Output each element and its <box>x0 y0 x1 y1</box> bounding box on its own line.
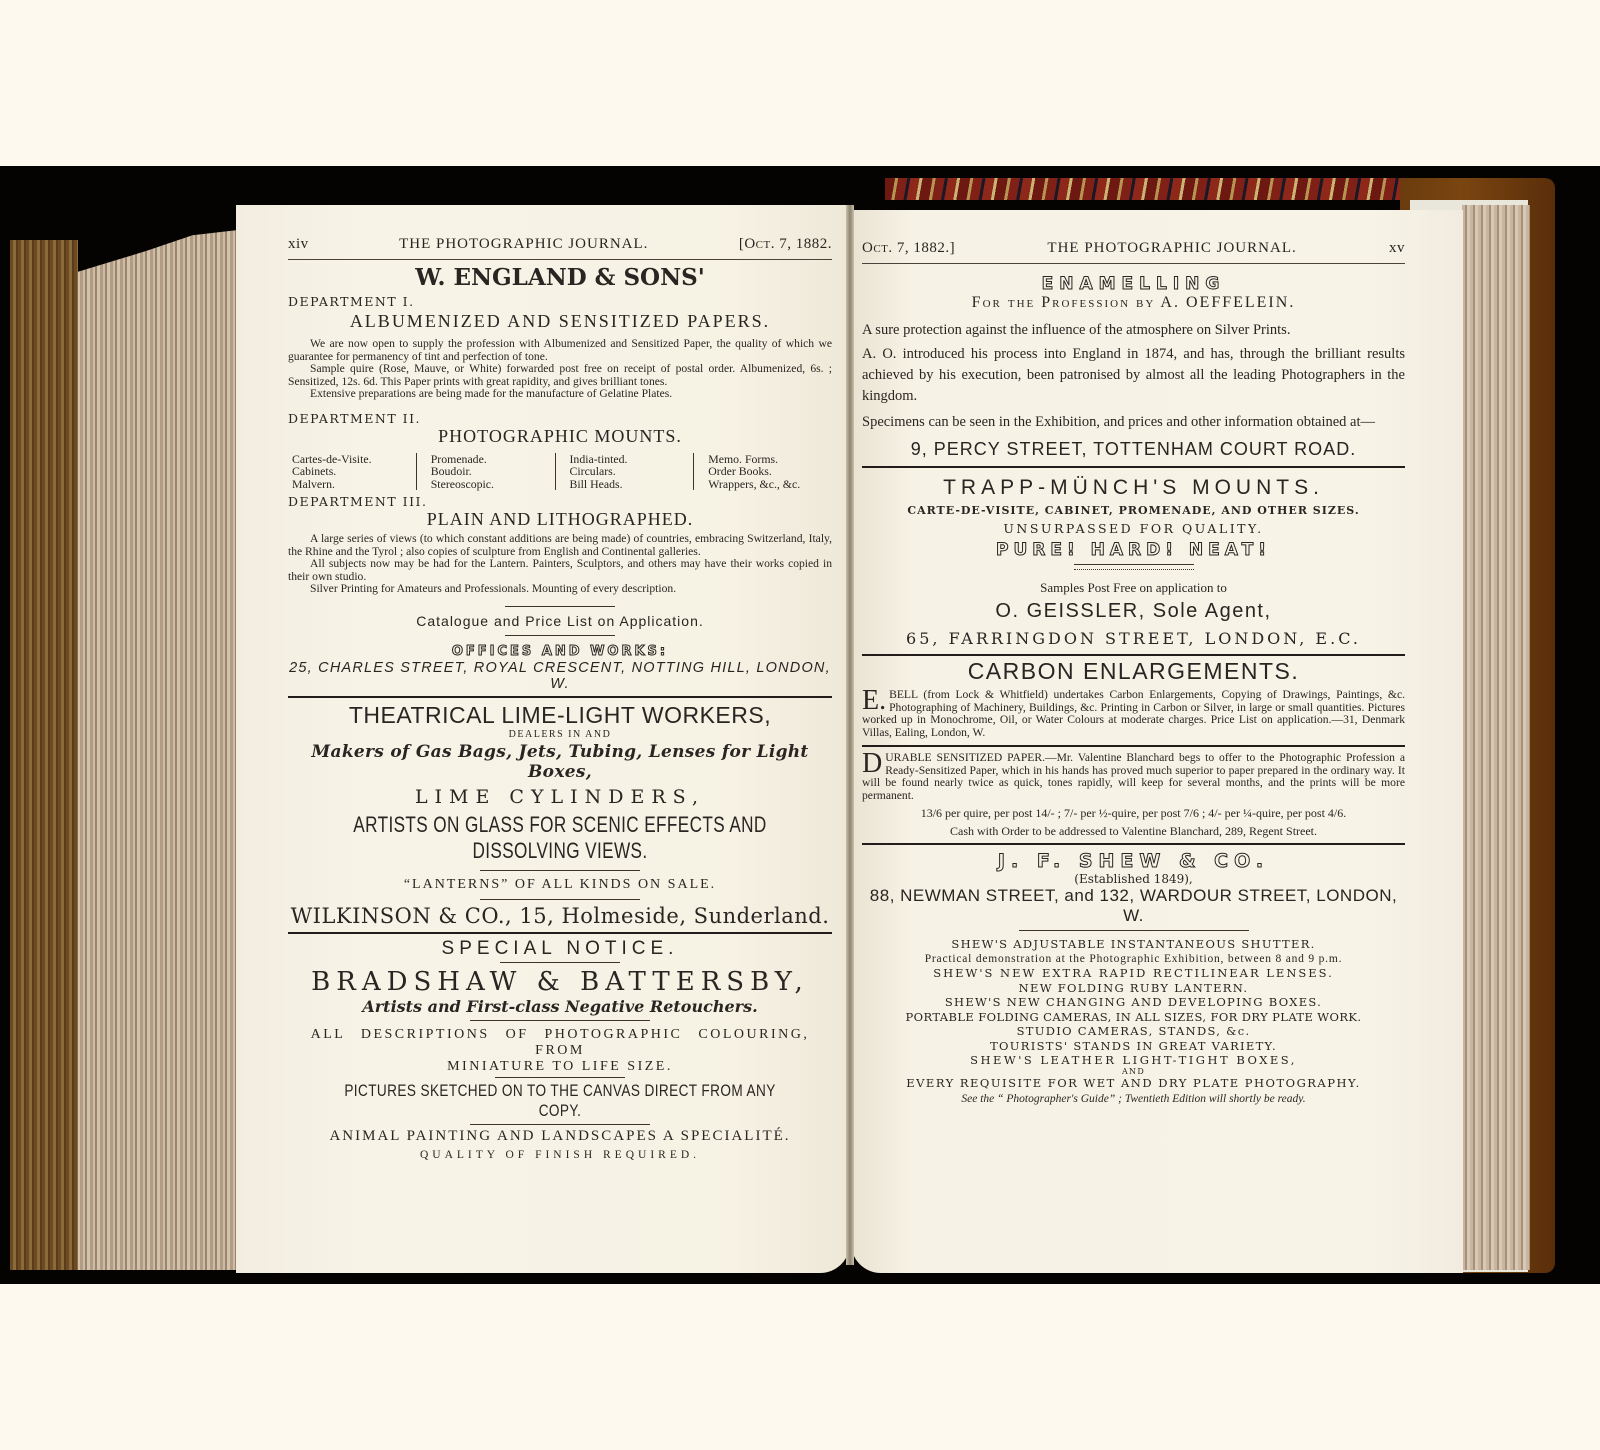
mounts-column: Memo. Forms. Order Books. Wrappers, &c.,… <box>693 453 832 491</box>
divider <box>500 962 620 963</box>
shew-heading: J. F. SHEW & CO. <box>862 850 1405 872</box>
section-divider <box>288 696 832 698</box>
section-divider <box>862 843 1405 845</box>
england-firm: W. ENGLAND & SONS' <box>288 264 832 291</box>
divider <box>480 899 640 900</box>
dept3-heading: PLAIN AND LITHOGRAPHED. <box>288 509 832 530</box>
bradshaw-line: MINIATURE TO LIFE SIZE. <box>288 1059 832 1075</box>
journal-title: THE PHOTOGRAPHIC JOURNAL. <box>1047 240 1296 257</box>
special-notice: SPECIAL NOTICE. <box>288 938 832 960</box>
shew-item: Practical demonstration at the Photograp… <box>862 952 1405 967</box>
dept3-paragraph: All subjects now may be had for the Lant… <box>288 558 832 583</box>
artists-line: ARTISTS ON GLASS FOR SCENIC EFFECTS AND … <box>332 812 788 864</box>
trapp-address: 65, FARRINGDON STREET, LONDON, E.C. <box>862 629 1405 648</box>
blanchard-paragraph: D URABLE SENSITIZED PAPER.—Mr. Valentine… <box>862 752 1405 802</box>
shew-item: SHEW'S ADJUSTABLE INSTANTANEOUS SHUTTER. <box>862 937 1405 952</box>
dept3-paragraph: Silver Printing for Amateurs and Profess… <box>288 583 832 596</box>
limelight-heading: THEATRICAL LIME-LIGHT WORKERS, <box>288 702 832 729</box>
dropcap: E. <box>862 689 886 713</box>
marbled-edge <box>885 178 1405 200</box>
mount-item: Stereoscopic. <box>431 478 555 491</box>
offices-label: OFFICES AND WORKS: <box>288 644 832 659</box>
section-divider <box>862 466 1405 468</box>
dept2-label: DEPARTMENT II. <box>288 411 832 426</box>
enamelling-paragraph: A. O. introduced his process into Englan… <box>862 344 1405 407</box>
enamelling-subheading: For the Profession by A. OEFFELEIN. <box>862 294 1405 312</box>
page-stack-right <box>1462 205 1530 1270</box>
dept1-label: DEPARTMENT I. <box>288 294 832 309</box>
trapp-sizes: CARTE-DE-VISITE, CABINET, PROMENADE, AND… <box>862 504 1405 517</box>
dept1-paragraph: Sample quire (Rose, Mauve, or White) for… <box>288 363 832 388</box>
trapp-slogan: PURE! HARD! NEAT! <box>862 540 1405 560</box>
page-stack-left-dark <box>10 240 78 1270</box>
mount-item: Bill Heads. <box>570 478 694 491</box>
issue-date: [Oct. 7, 1882. <box>739 236 832 253</box>
blanchard-text: URABLE SENSITIZED PAPER.—Mr. Valentine B… <box>862 751 1405 802</box>
divider <box>505 635 615 636</box>
dept3-paragraph: A large series of views (to which consta… <box>288 533 832 558</box>
divider <box>1019 930 1249 931</box>
section-divider <box>862 654 1405 656</box>
divider <box>470 1124 650 1125</box>
lanterns-line: “LANTERNS” OF ALL KINDS ON SALE. <box>288 877 832 893</box>
bradshaw-line: ALL DESCRIPTIONS OF PHOTOGRAPHIC COLOURI… <box>288 1027 832 1059</box>
mount-item: Malvern. <box>292 478 416 491</box>
dept1-paragraph: Extensive preparations are being made fo… <box>288 388 832 401</box>
running-header-left: xiv THE PHOTOGRAPHIC JOURNAL. [Oct. 7, 1… <box>288 236 832 260</box>
dropcap: D <box>862 752 882 776</box>
lime-cylinders: LIME CYLINDERS, <box>288 786 832 808</box>
issue-date: Oct. 7, 1882.] <box>862 240 955 257</box>
section-divider <box>288 932 832 934</box>
dept2-heading: PHOTOGRAPHIC MOUNTS. <box>288 426 832 447</box>
trapp-samples: Samples Post Free on application to <box>862 580 1405 596</box>
shew-item: SHEW'S NEW CHANGING AND DEVELOPING BOXES… <box>862 995 1405 1010</box>
mounts-column: India-tinted. Circulars. Bill Heads. <box>555 453 694 491</box>
shew-item: SHEW'S LEATHER LIGHT-TIGHT BOXES, <box>862 1053 1405 1068</box>
shew-established: (Established 1849), <box>862 872 1405 886</box>
running-header-right: Oct. 7, 1882.] THE PHOTOGRAPHIC JOURNAL.… <box>862 240 1405 264</box>
bradshaw-line: QUALITY OF FINISH REQUIRED. <box>288 1149 832 1161</box>
mount-item: Cabinets. <box>292 465 416 478</box>
mount-item: Circulars. <box>570 465 694 478</box>
bradshaw-line: PICTURES SKETCHED ON TO THE CANVAS DIREC… <box>326 1081 793 1121</box>
catalogue-line: Catalogue and Price List on Application. <box>288 613 832 629</box>
shew-item: NEW FOLDING RUBY LANTERN. <box>862 981 1405 996</box>
divider <box>505 606 615 607</box>
right-page-content: Oct. 7, 1882.] THE PHOTOGRAPHIC JOURNAL.… <box>862 240 1405 1105</box>
section-divider <box>862 745 1405 747</box>
mount-item: Boudoir. <box>431 465 555 478</box>
shew-item: SHEW'S NEW EXTRA RAPID RECTILINEAR LENSE… <box>862 966 1405 981</box>
trapp-quality: UNSURPASSED FOR QUALITY. <box>862 521 1405 536</box>
mounts-column: Promenade. Boudoir. Stereoscopic. <box>416 453 555 491</box>
dept1-paragraph: We are now open to supply the profession… <box>288 338 832 363</box>
enamelling-address: 9, PERCY STREET, TOTTENHAM COURT ROAD. <box>862 439 1405 460</box>
carbon-paragraph: E. BELL (from Lock & Whitfield) undertak… <box>862 689 1405 739</box>
page-number: xiv <box>288 236 309 253</box>
mount-item: Order Books. <box>708 465 832 478</box>
page-number: xv <box>1389 240 1405 257</box>
enamelling-paragraph: Specimens can be seen in the Exhibition,… <box>862 412 1405 433</box>
trapp-heading: TRAPP-MÜNCH'S MOUNTS. <box>862 476 1405 500</box>
mount-item: Wrappers, &c., &c. <box>708 478 832 491</box>
bradshaw-line: ANIMAL PAINTING AND LANDSCAPES A SPECIAL… <box>288 1128 832 1145</box>
england-address: 25, CHARLES STREET, ROYAL CRESCENT, NOTT… <box>288 660 832 692</box>
wavy-divider <box>1074 564 1194 570</box>
mounts-columns: Cartes-de-Visite. Cabinets. Malvern. Pro… <box>288 453 832 491</box>
divider <box>480 870 640 871</box>
dealers-line: DEALERS IN AND <box>288 729 832 740</box>
dept3-label: DEPARTMENT III. <box>288 494 832 509</box>
shew-footnote: See the “ Photographer's Guide” ; Twenti… <box>862 1093 1405 1105</box>
divider <box>470 1020 650 1021</box>
shew-item: TOURISTS' STANDS IN GREAT VARIETY. <box>862 1039 1405 1054</box>
trapp-agent: O. GEISSLER, Sole Agent, <box>862 600 1405 623</box>
shew-address: 88, NEWMAN STREET, and 132, WARDOUR STRE… <box>862 886 1405 926</box>
wilkinson-address: WILKINSON & CO., 15, Holmeside, Sunderla… <box>288 904 832 928</box>
left-page-content: xiv THE PHOTOGRAPHIC JOURNAL. [Oct. 7, 1… <box>288 236 832 1161</box>
shew-item: PORTABLE FOLDING CAMERAS, IN ALL SIZES, … <box>862 1010 1405 1025</box>
bradshaw-subtitle: Artists and First-class Negative Retouch… <box>288 997 832 1016</box>
shew-item: EVERY REQUISITE FOR WET AND DRY PLATE PH… <box>862 1076 1405 1091</box>
mounts-column: Cartes-de-Visite. Cabinets. Malvern. <box>288 453 416 491</box>
divider <box>495 1077 625 1078</box>
carbon-heading: CARBON ENLARGEMENTS. <box>862 658 1405 685</box>
journal-title: THE PHOTOGRAPHIC JOURNAL. <box>399 236 648 253</box>
shew-item: STUDIO CAMERAS, STANDS, &c. <box>862 1024 1405 1039</box>
dept1-heading: ALBUMENIZED AND SENSITIZED PAPERS. <box>288 311 832 332</box>
shew-items: SHEW'S ADJUSTABLE INSTANTANEOUS SHUTTER.… <box>862 937 1405 1090</box>
makers-line: Makers of Gas Bags, Jets, Tubing, Lenses… <box>288 742 832 782</box>
shew-item: AND <box>862 1068 1405 1076</box>
carbon-text: BELL (from Lock & Whitfield) undertakes … <box>862 688 1405 739</box>
blanchard-cash: Cash with Order to be addressed to Valen… <box>862 824 1405 839</box>
bradshaw-firm: BRADSHAW & BATTERSBY, <box>288 967 832 997</box>
blanchard-prices: 13/6 per quire, per post 14/- ; 7/- per … <box>862 806 1405 821</box>
enamelling-heading: ENAMELLING <box>862 274 1405 294</box>
enamelling-paragraph: A sure protection against the influence … <box>862 320 1405 341</box>
